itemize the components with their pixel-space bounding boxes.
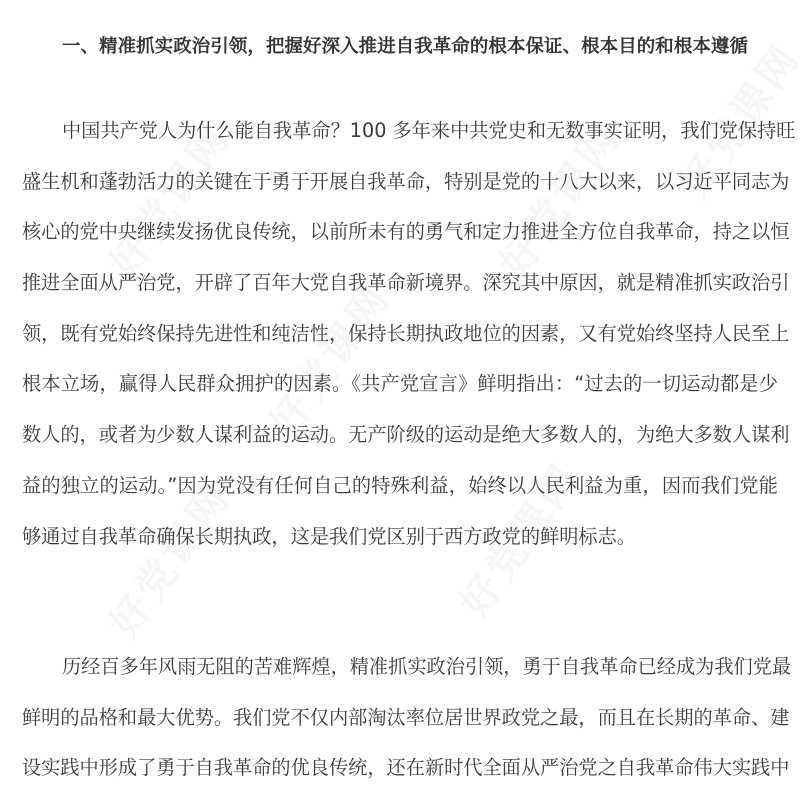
paragraph-line: 够通过自我革命确保长期执政，这是我们党区别于西方政党的鲜明标志。 [22, 512, 778, 563]
paragraph-line: 核心的党中央继续发扬优良传统，以前所未有的勇气和定力推进全方位自我革命，持之以恒 [22, 207, 778, 258]
section-heading: 一、精准抓实政治引领，把握好深入推进自我革命的根本保证、根本目的和根本遵循 [62, 33, 782, 61]
paragraph-line: 设实践中形成了勇于自我革命的优良传统，还在新时代全面从严治党之自我革命伟大实践中 [22, 743, 778, 794]
paragraph-line: 益的独立的运动。”因为党没有任何自己的特殊利益，始终以人民利益为重，因而我们党能 [22, 461, 778, 512]
paragraph-2: 历经百多年风雨无阻的苦难辉煌，精准抓实政治引领，勇于自我革命已经成为我们党最 鲜… [22, 642, 778, 794]
paragraph-line: 根本立场，赢得人民群众拥护的因素。《共产党宣言》鲜明指出：“过去的一切运动都是少 [22, 359, 778, 410]
paragraph-line: 历经百多年风雨无阻的苦难辉煌，精准抓实政治引领，勇于自我革命已经成为我们党最 [22, 642, 778, 693]
paragraph-line: 盛生机和蓬勃活力的关键在于勇于开展自我革命，特别是党的十八大以来，以习近平同志为 [22, 157, 778, 208]
paragraph-line: 鲜明的品格和最大优势。我们党不仅内部淘汰率位居世界政党之最，而且在长期的革命、建 [22, 693, 778, 744]
paragraph-line: 领，既有党始终保持先进性和纯洁性，保持长期执政地位的因素，又有党始终坚持人民至上 [22, 309, 778, 360]
paragraph-1: 中国共产党人为什么能自我革命？100 多年来中共党史和无数事实证明，我们党保持旺… [22, 106, 778, 562]
document-page: 好党课网 好党课网 好党课网 好党课网 好党课网 好党课网 一、精准抓实政治引领… [0, 0, 800, 800]
paragraph-line: 中国共产党人为什么能自我革命？100 多年来中共党史和无数事实证明，我们党保持旺 [22, 106, 778, 157]
paragraph-line: 数人的，或者为少数人谋利益的运动。无产阶级的运动是绝大多数人的，为绝大多数人谋利 [22, 410, 778, 461]
paragraph-line: 推进全面从严治党，开辟了百年大党自我革命新境界。深究其中原因，就是精准抓实政治引 [22, 258, 778, 309]
